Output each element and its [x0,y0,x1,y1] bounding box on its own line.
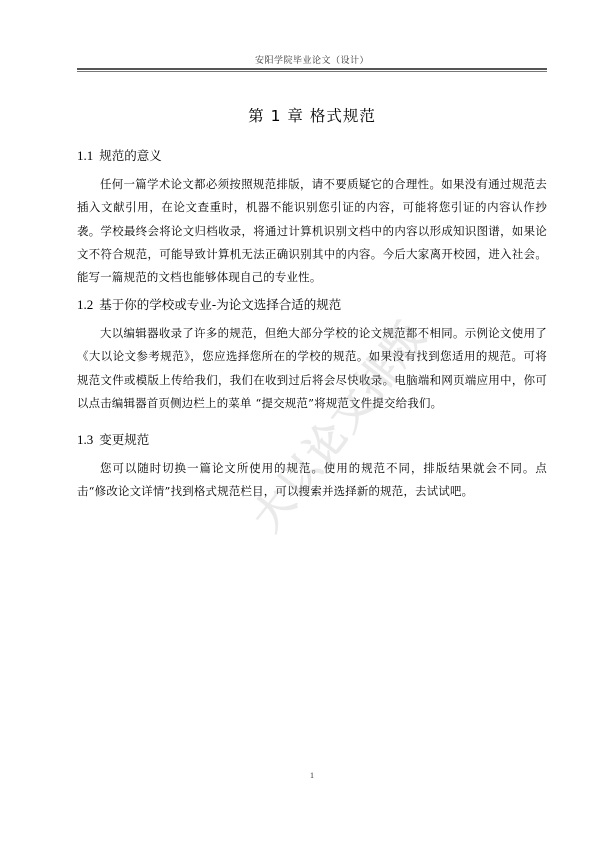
section-title: 基于你的学校或专业-为论文选择合适的规范 [99,297,341,312]
section-number: 1.2 [77,297,93,312]
section-title: 规范的意义 [99,148,162,163]
section-title: 变更规范 [99,432,149,447]
section-number: 1.1 [77,148,93,163]
chapter-title: 第 1 章 格式规范 [77,106,547,126]
header-divider-thick-line [77,68,547,70]
header-divider-thin-line [77,71,547,72]
section-paragraph-1-3: 您可以随时切换一篇论文所使用的规范。使用的规范不同，排版结果就会不同。点击“修改… [77,457,547,504]
document-page: 安阳学院毕业论文（设计） 第 1 章 格式规范 1.1规范的意义 任何一篇学术论… [0,0,595,842]
section-number: 1.3 [77,432,93,447]
running-header: 安阳学院毕业论文（设计） [77,56,547,67]
section-heading-1-1: 1.1规范的意义 [77,148,547,164]
section-paragraph-1-1: 任何一篇学术论文都必须按照规范排版，请不要质疑它的合理性。如果没有通过规范去插入… [77,173,547,289]
header-divider [77,68,547,72]
section-heading-1-3: 1.3变更规范 [77,432,547,448]
page-number: 1 [77,771,547,780]
section-paragraph-1-2: 大以编辑器收录了许多的规范，但绝大部分学校的论文规范都不相同。示例论文使用了《大… [77,322,547,415]
section-heading-1-2: 1.2基于你的学校或专业-为论文选择合适的规范 [77,297,547,313]
